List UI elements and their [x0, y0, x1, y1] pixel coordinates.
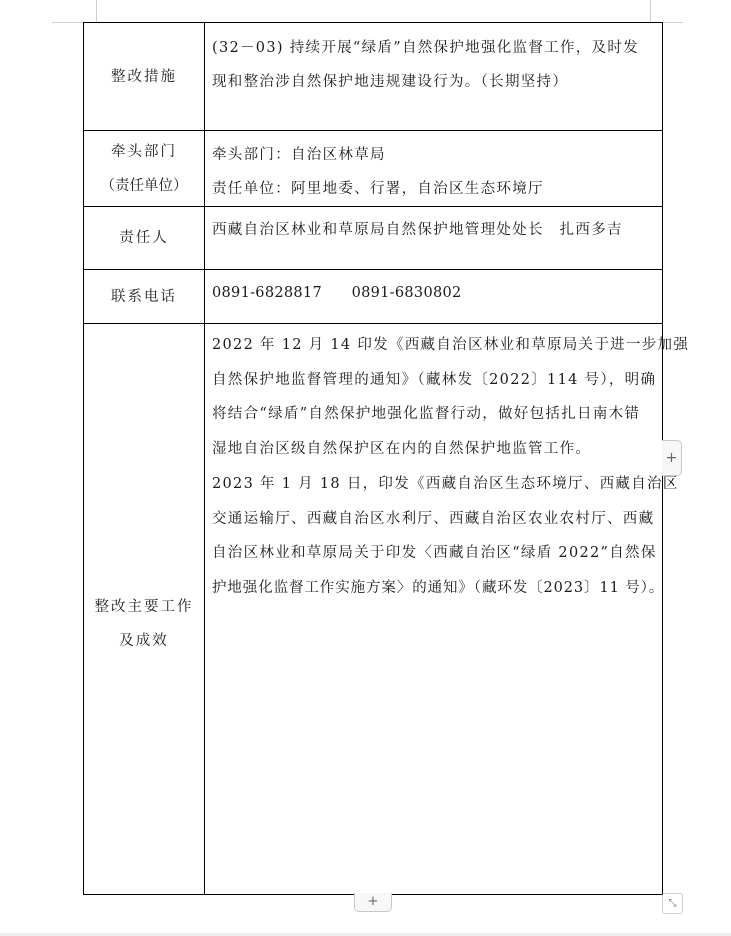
table-row-measures: 整改措施 (32－03) 持续开展“绿盾”自然保护地强化监督工作，及时发 现和整… [84, 23, 663, 131]
content-cell-responsible-person[interactable]: 西藏自治区林业和草原局自然保护地管理处处长 扎西多吉 [205, 207, 663, 270]
content-cell-measures[interactable]: (32－03) 持续开展“绿盾”自然保护地强化监督工作，及时发 现和整治涉自然保… [205, 23, 663, 131]
content-line: 护地强化监督工作实施方案〉的通知》（藏环发〔2023〕11 号）。 [212, 571, 656, 606]
content-line: 湿地自治区级自然保护区在内的自然保护地监管工作。 [212, 432, 656, 467]
content-cell-main-work[interactable]: 2022 年 12 月 14 印发《西藏自治区林业和草原局关于进一步加强 自然保… [205, 324, 663, 895]
label-cell-responsible-person[interactable]: 责任人 [84, 207, 205, 270]
label-cell-measures[interactable]: 整改措施 [84, 23, 205, 131]
content-line: 西藏自治区林业和草原局自然保护地管理处处长 扎西多吉 [212, 213, 656, 247]
page-margin-top-right [663, 22, 683, 23]
label-text: 整改主要工作 [84, 590, 204, 624]
content-line: (32－03) 持续开展“绿盾”自然保护地强化监督工作，及时发 [212, 31, 656, 65]
add-row-button[interactable]: + [354, 893, 392, 912]
add-column-button[interactable]: + [662, 440, 682, 476]
label-cell-main-work[interactable]: 整改主要工作 及成效 [84, 324, 205, 895]
content-line: 现和整治涉自然保护地违规建设行为。（长期坚持） [212, 65, 656, 99]
label-text: 及成效 [84, 624, 204, 658]
content-line: 交通运输厅、西藏自治区水利厅、西藏自治区农业农村厅、西藏 [212, 502, 656, 537]
label-text: 联系电话 [84, 280, 204, 314]
label-text: （责任单位） [84, 169, 204, 203]
content-line: 牵头部门：自治区林草局 [212, 138, 656, 172]
resize-diagonal-icon: ⤡ [669, 898, 677, 909]
content-line: 2022 年 12 月 14 印发《西藏自治区林业和草原局关于进一步加强 [212, 328, 656, 363]
table-row-lead-department: 牵头部门 （责任单位） 牵头部门：自治区林草局 责任单位：阿里地委、行署，自治区… [84, 131, 663, 207]
label-cell-lead-department[interactable]: 牵头部门 （责任单位） [84, 131, 205, 207]
table-resize-handle[interactable]: ⤡ [662, 893, 683, 914]
page-margin-left [96, 0, 97, 22]
content-line: 2023 年 1 月 18 日，印发《西藏自治区生态环境厅、西藏自治区 [212, 467, 656, 502]
table-row-responsible-person: 责任人 西藏自治区林业和草原局自然保护地管理处处长 扎西多吉 [84, 207, 663, 270]
content-line: 责任单位：阿里地委、行署，自治区生态环境厅 [212, 172, 656, 206]
content-line: 将结合“绿盾”自然保护地强化监督行动，做好包括扎日南木错 [212, 397, 656, 432]
label-cell-phone[interactable]: 联系电话 [84, 270, 205, 324]
content-line: 自然保护地监督管理的通知》（藏林发〔2022〕114 号），明确 [212, 363, 656, 398]
plus-icon: + [666, 450, 678, 466]
content-line: 0891-6828817 0891-6830802 [212, 276, 656, 310]
plus-icon: + [368, 894, 379, 909]
document-table: 整改措施 (32－03) 持续开展“绿盾”自然保护地强化监督工作，及时发 现和整… [83, 22, 663, 895]
label-text: 牵头部门 [84, 135, 204, 169]
page-margin-right [650, 0, 651, 22]
content-line: 自治区林业和草原局关于印发〈西藏自治区“绿盾 2022”自然保 [212, 536, 656, 571]
table-row-phone: 联系电话 0891-6828817 0891-6830802 [84, 270, 663, 324]
content-cell-lead-department[interactable]: 牵头部门：自治区林草局 责任单位：阿里地委、行署，自治区生态环境厅 [205, 131, 663, 207]
table-row-main-work: 整改主要工作 及成效 2022 年 12 月 14 印发《西藏自治区林业和草原局… [84, 324, 663, 895]
content-cell-phone[interactable]: 0891-6828817 0891-6830802 [205, 270, 663, 324]
label-text: 责任人 [84, 221, 204, 255]
label-text: 整改措施 [84, 60, 204, 94]
page-margin-top-left [52, 22, 83, 23]
